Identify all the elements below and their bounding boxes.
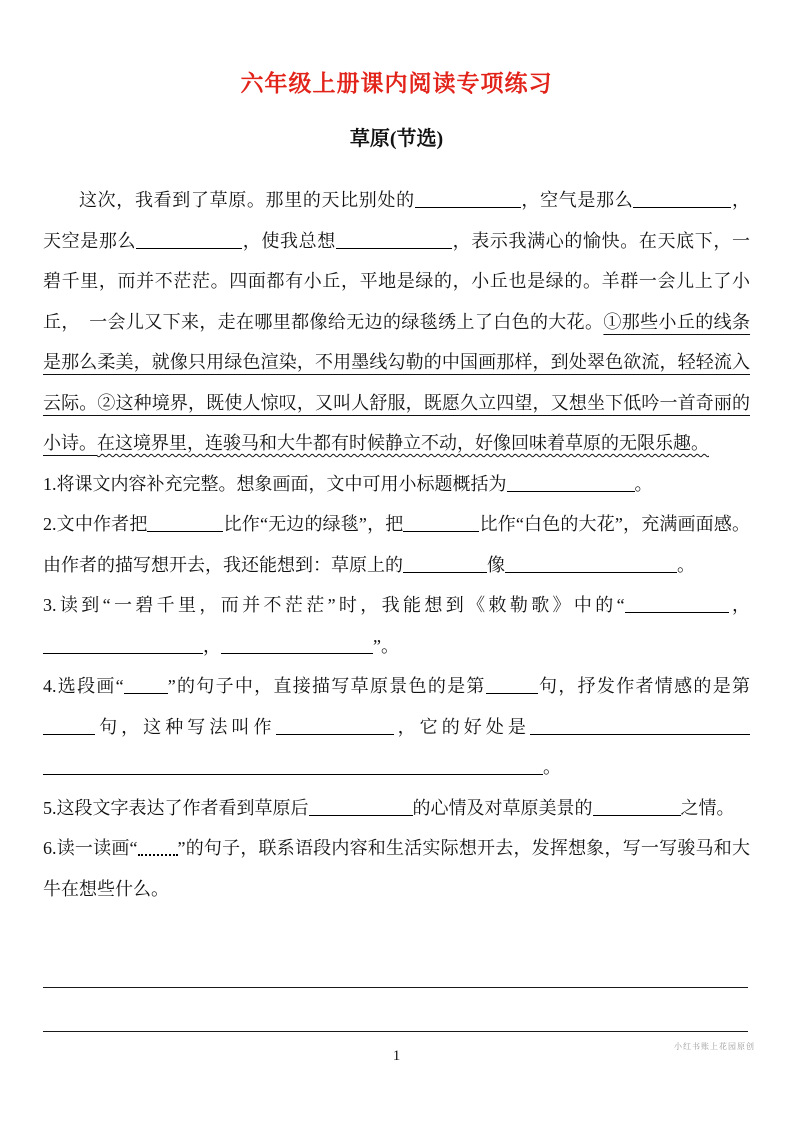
blank-line (276, 716, 394, 735)
blank-line (625, 594, 729, 613)
text-run: ”的句子中，直接描写草原景色的是第 (168, 676, 486, 696)
text-run: ，它的好处是 (394, 717, 530, 737)
text-run: 句，抒发作者情感的是第 (538, 676, 750, 696)
text-run: ，空气是那么 (521, 190, 634, 210)
text-run: 4.选段画“ (43, 676, 124, 696)
text-run: 。 (543, 757, 561, 777)
document-page: 六年级上册课内阅读专项练习 草原(节选) 这次，我看到了草原。那里的天比别处的，… (0, 0, 793, 1122)
text-run: 1.将课文内容补充完整。想象画面，文中可用小标题概括为 (43, 474, 507, 494)
question-1: 1.将课文内容补充完整。想象画面，文中可用小标题概括为。 (43, 464, 750, 505)
question-2: 2.文中作者把比作“无边的绿毯”，把比作“白色的大花”，充满画面感。由作者的描写… (43, 504, 750, 585)
blank-line (336, 230, 452, 249)
text-run: ， (729, 595, 750, 615)
text-run: ，使我总想 (242, 231, 336, 251)
question-6: 6.读一读画“”的句子，联系语段内容和生活实际想开去，发挥想象，写一写骏马和大牛… (43, 828, 750, 909)
blank-line (136, 230, 242, 249)
text-run: 6.读一读画“ (43, 838, 138, 858)
passage-title: 草原(节选) (43, 124, 750, 154)
blank-line (530, 716, 750, 735)
text-run: 比作“无边的绿毯”，把 (223, 514, 403, 534)
answer-line-1 (43, 987, 748, 988)
page-title: 六年级上册课内阅读专项练习 (43, 0, 750, 100)
blank-line (43, 635, 203, 654)
blank-line (505, 554, 677, 573)
text-run: 的心情及对草原美景的 (413, 798, 593, 818)
questions-section: 1.将课文内容补充完整。想象画面，文中可用小标题概括为。2.文中作者把比作“无边… (43, 464, 750, 910)
blank-line (415, 189, 521, 208)
blank-line (43, 716, 95, 735)
text-run: 3.读到“一碧千里，而并不茫茫”时，我能想到《敕勒歌》中的“ (43, 595, 625, 615)
blank-line (403, 513, 479, 532)
blank-line (309, 797, 413, 816)
answer-line-2 (43, 1031, 748, 1032)
blank-line (221, 635, 373, 654)
question-3: 3.读到“一碧千里，而并不茫茫”时，我能想到《敕勒歌》中的“，，”。 (43, 585, 750, 666)
text-run: 之情。 (681, 798, 735, 818)
text-run: 5.这段文字表达了作者看到草原后 (43, 798, 309, 818)
blank-line (593, 797, 681, 816)
blank-line (507, 473, 635, 492)
blank-line (633, 189, 731, 208)
text-run: ， (203, 636, 221, 656)
text-run: 句，这种写法叫作 (95, 717, 276, 737)
text-run: 2.文中作者把 (43, 514, 147, 534)
blank-line (486, 675, 538, 694)
solid-underlined-sentence: ①那些小丘的线条是那么柔美，就像只用绿色渲染，不用墨线勾勒的中国画那样，到处翠色… (43, 312, 750, 454)
passage: 这次，我看到了草原。那里的天比别处的，空气是那么，天空是那么，使我总想，表示我满… (43, 180, 750, 464)
question-5: 5.这段文字表达了作者看到草原后的心情及对草原美景的之情。 (43, 788, 750, 829)
blank-line (403, 554, 487, 573)
text-run: ”。 (373, 636, 399, 656)
blank-line (43, 756, 543, 775)
text-run: 像 (487, 555, 505, 575)
wavy-underlined-sentence: 在这境界里，连骏马和大牛都有时候静立不动，好像回味着草原的无限乐趣。 (97, 433, 709, 453)
page-number: 1 (0, 1048, 793, 1065)
wavy-line-symbol (138, 840, 178, 856)
blank-line (124, 675, 168, 694)
text-run: 这次，我看到了草原。那里的天比别处的 (79, 190, 415, 210)
text-run: 。 (635, 474, 653, 494)
text-run: 。 (677, 555, 695, 575)
question-4: 4.选段画“”的句子中，直接描写草原景色的是第句，抒发作者情感的是第句，这种写法… (43, 666, 750, 788)
content-area: 六年级上册课内阅读专项练习 草原(节选) 这次，我看到了草原。那里的天比别处的，… (43, 0, 750, 909)
blank-line (147, 513, 223, 532)
